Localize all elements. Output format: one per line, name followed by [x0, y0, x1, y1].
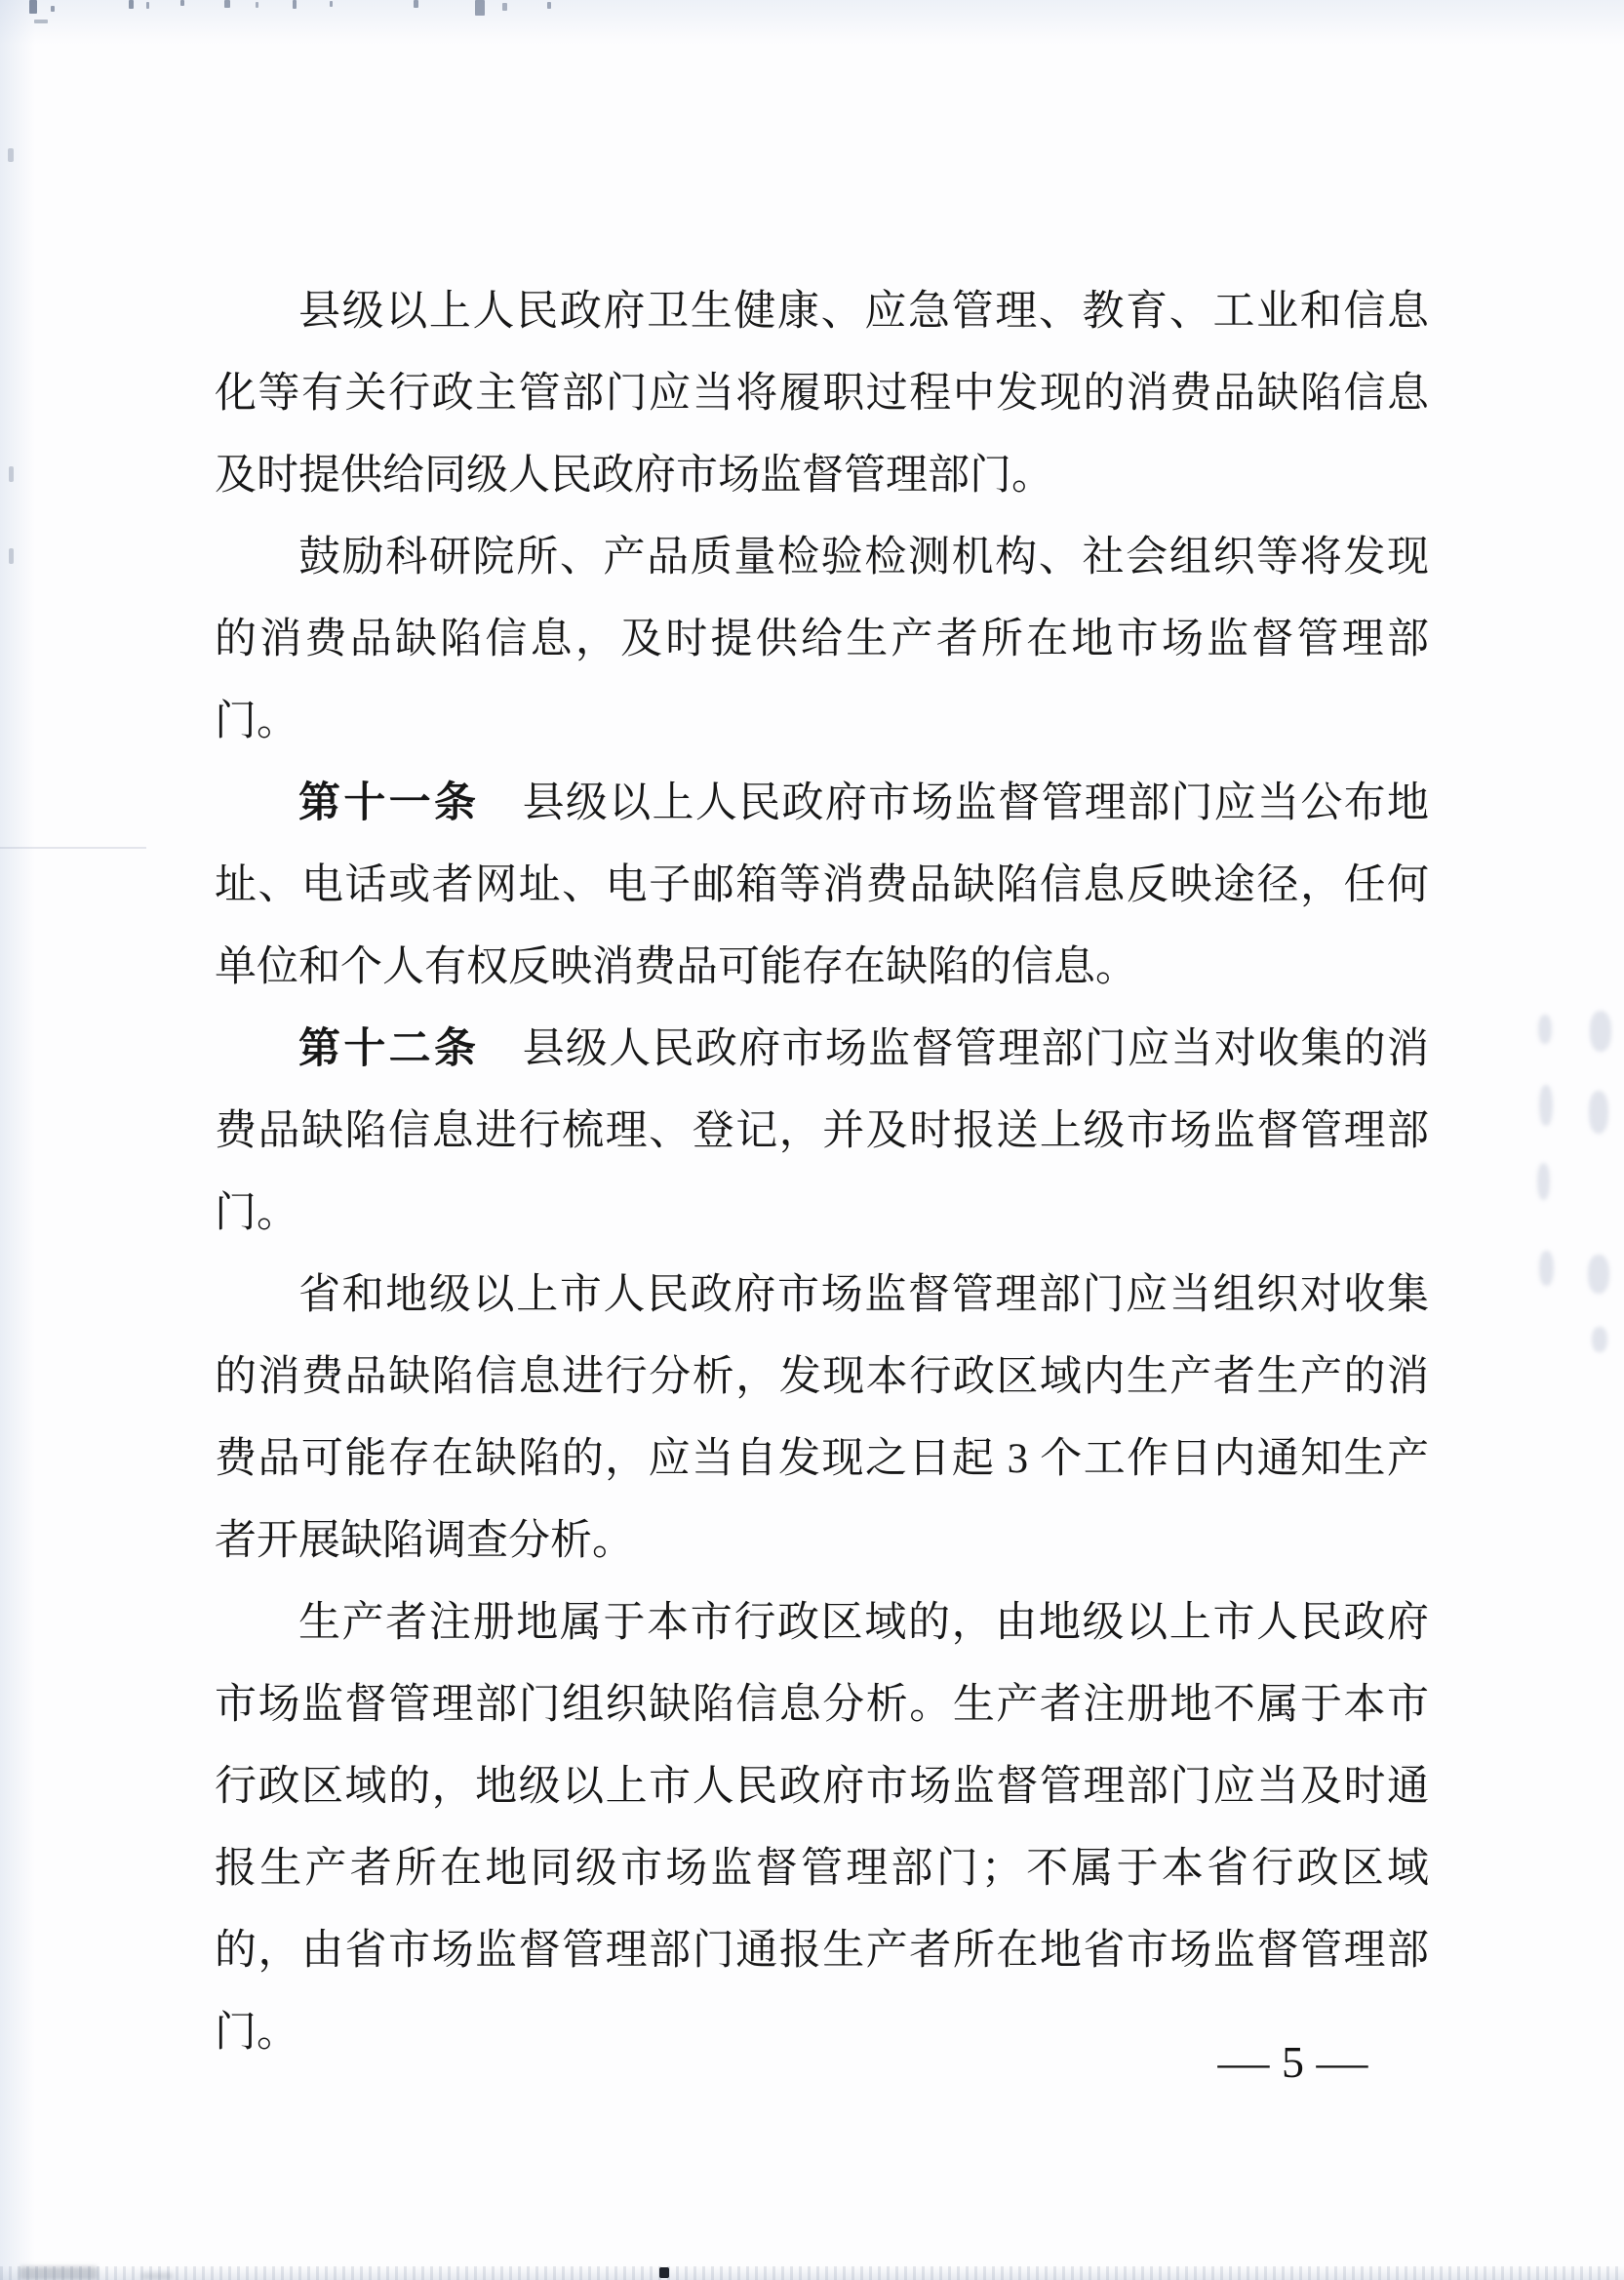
- scan-speck: [330, 1, 333, 7]
- text-line: 单位和个人有权反映消费品可能存在缺陷的信息。: [215, 927, 1429, 1009]
- scan-artifact-left-band: [0, 0, 35, 2280]
- scan-smudge: [1539, 1085, 1553, 1126]
- paragraph: 省和地级以上市人民政府市场监督管理部门应当组织对收集 的消费品缺陷信息进行分析，…: [215, 1255, 1429, 1582]
- text-line: 县级以上人民政府卫生健康、应急管理、教育、工业和信息: [215, 271, 1429, 353]
- scan-speck: [51, 6, 55, 12]
- text-line: 门。: [215, 681, 1429, 763]
- scan-smudge: [1590, 1011, 1611, 1052]
- text-line: 生产者注册地属于本市行政区域的，由地级以上市人民政府: [215, 1582, 1429, 1664]
- scan-smudge: [1539, 1251, 1554, 1286]
- scan-mark: [0, 847, 146, 849]
- text-line: 鼓励科研院所、产品质量检验检测机构、社会组织等将发现: [215, 517, 1429, 599]
- scan-speck: [502, 3, 507, 11]
- paragraph: 鼓励科研院所、产品质量检验检测机构、社会组织等将发现 的消费品缺陷信息，及时提供…: [215, 517, 1429, 763]
- scan-speck: [547, 2, 551, 9]
- scan-artifact-top-band: [0, 0, 1624, 45]
- text-line: 及时提供给同级人民政府市场监督管理部门。: [215, 435, 1429, 517]
- scan-mark: [8, 148, 14, 162]
- text-line: 化等有关行政主管部门应当将履职过程中发现的消费品缺陷信息: [215, 353, 1429, 435]
- text-line: 费品可能存在缺陷的，应当自发现之日起 3 个工作日内通知生产: [215, 1419, 1429, 1500]
- text-line: 第十二条 县级人民政府市场监督管理部门应当对收集的消: [215, 1009, 1429, 1091]
- scan-smudge: [1538, 1015, 1552, 1044]
- scan-smudge: [1588, 1255, 1609, 1294]
- text-line: 的消费品缺陷信息，及时提供给生产者所在地市场监督管理部: [215, 599, 1429, 681]
- page-number-value: 5: [1282, 2036, 1304, 2088]
- page-number-dash-right: —: [1317, 2036, 1368, 2088]
- article-number: 第十一条: [298, 780, 479, 826]
- text-line: 市场监督管理部门组织缺陷信息分析。生产者注册地不属于本市: [215, 1664, 1429, 1746]
- text-line: 省和地级以上市人民政府市场监督管理部门应当组织对收集: [215, 1255, 1429, 1337]
- scan-smudge: [141, 2272, 173, 2280]
- text-line: 第十一条 县级以上人民政府市场监督管理部门应当公布地: [215, 763, 1429, 845]
- paragraph: 生产者注册地属于本市行政区域的，由地级以上市人民政府 市场监督管理部门组织缺陷信…: [215, 1582, 1429, 2074]
- scan-speck: [293, 0, 297, 9]
- text-line: 的消费品缺陷信息进行分析，发现本行政区域内生产者生产的消: [215, 1337, 1429, 1419]
- paragraph: 县级以上人民政府卫生健康、应急管理、教育、工业和信息 化等有关行政主管部门应当将…: [215, 271, 1429, 517]
- text-line: 费品缺陷信息进行梳理、登记，并及时报送上级市场监督管理部: [215, 1091, 1429, 1173]
- scan-smudge: [1537, 1163, 1550, 1200]
- scan-mark: [9, 466, 14, 482]
- scan-speck: [129, 0, 134, 9]
- paragraph: 第十一条 县级以上人民政府市场监督管理部门应当公布地 址、电话或者网址、电子邮箱…: [215, 763, 1429, 1009]
- page-number-dash-left: —: [1218, 2036, 1270, 2088]
- scan-speck: [414, 0, 418, 8]
- text-line: 址、电话或者网址、电子邮箱等消费品缺陷信息反映途径，任何: [215, 845, 1429, 927]
- scanned-document-page: 县级以上人民政府卫生健康、应急管理、教育、工业和信息 化等有关行政主管部门应当将…: [0, 0, 1624, 2280]
- article-number: 第十二条: [298, 1026, 479, 1072]
- scan-smudge: [1592, 1327, 1607, 1352]
- scan-speck: [224, 0, 230, 8]
- scan-speck: [180, 0, 184, 6]
- document-body: 县级以上人民政府卫生健康、应急管理、教育、工业和信息 化等有关行政主管部门应当将…: [215, 271, 1429, 2074]
- scan-smudge: [1589, 1091, 1608, 1134]
- scan-speck: [659, 2267, 669, 2278]
- paragraph: 第十二条 县级人民政府市场监督管理部门应当对收集的消 费品缺陷信息进行梳理、登记…: [215, 1009, 1429, 1255]
- scan-artifact-bottom-band: [0, 2266, 1624, 2280]
- page-number: — 5 —: [1221, 2031, 1365, 2092]
- text-line: 的，由省市场监督管理部门通报生产者所在地省市场监督管理部: [215, 1910, 1429, 1992]
- text-line: 者开展缺陷调查分析。: [215, 1500, 1429, 1582]
- text-line: 门。: [215, 1173, 1429, 1255]
- text-line: 行政区域的，地级以上市人民政府市场监督管理部门应当及时通: [215, 1746, 1429, 1828]
- scan-speck: [29, 0, 37, 14]
- scan-speck: [256, 2, 258, 8]
- scan-speck: [146, 2, 149, 9]
- scan-smudge: [20, 2266, 98, 2280]
- scan-speck: [34, 20, 48, 23]
- text-line: 报生产者所在地同级市场监督管理部门；不属于本省行政区域: [215, 1828, 1429, 1910]
- scan-speck: [475, 0, 485, 16]
- scan-mark: [9, 548, 14, 564]
- article-text: 县级以上人民政府市场监督管理部门应当公布地: [479, 780, 1429, 826]
- article-text: 县级人民政府市场监督管理部门应当对收集的消: [479, 1026, 1429, 1072]
